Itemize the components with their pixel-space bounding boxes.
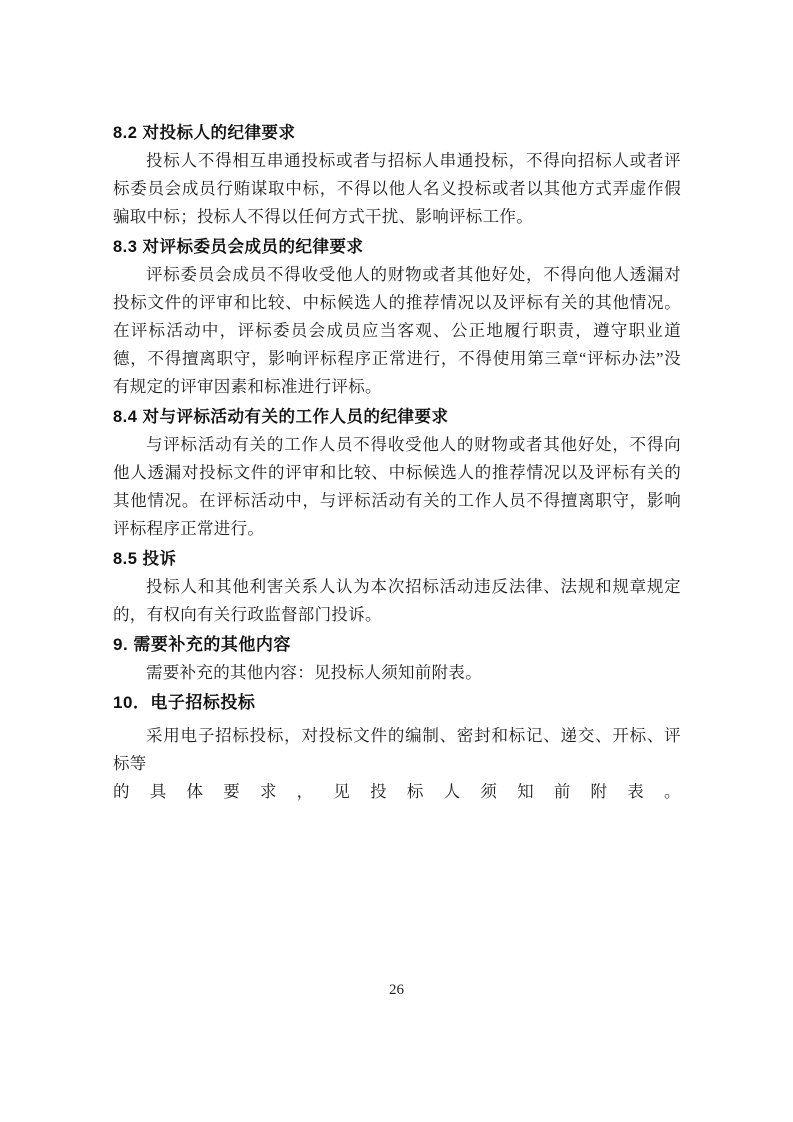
section-9: 9. 需要补充的其他内容 需要补充的其他内容：见投标人须知前附表。 [113,631,681,687]
section-10: 10．电子招标投标 采用电子招标投标，对投标文件的编制、密封和标记、递交、开标、… [113,689,681,806]
section-10-heading: 10．电子招标投标 [113,689,681,717]
section-10-line-1: 采用电子招标投标，对投标文件的编制、密封和标记、递交、开标、评标等 [113,722,681,778]
section-8-4: 8.4 对与评标活动有关的工作人员的纪律要求 与评标活动有关的工作人员不得收受他… [113,403,681,543]
section-8-2-paragraph: 投标人不得相互串通投标或者与招标人串通投标，不得向招标人或者评标委员会成员行贿谋… [113,147,681,231]
section-9-heading: 9. 需要补充的其他内容 [113,631,681,659]
section-10-paragraph: 采用电子招标投标，对投标文件的编制、密封和标记、递交、开标、评标等 的具体要求，… [113,722,681,806]
section-8-2-heading: 8.2 对投标人的纪律要求 [113,119,681,147]
section-8-5-heading: 8.5 投诉 [113,545,681,573]
section-8-4-heading: 8.4 对与评标活动有关的工作人员的纪律要求 [113,403,681,431]
section-9-paragraph: 需要补充的其他内容：见投标人须知前附表。 [113,659,681,687]
section-8-3-heading: 8.3 对评标委员会成员的纪律要求 [113,233,681,261]
section-8-3-paragraph: 评标委员会成员不得收受他人的财物或者其他好处，不得向他人透漏对投标文件的评审和比… [113,261,681,401]
section-8-3: 8.3 对评标委员会成员的纪律要求 评标委员会成员不得收受他人的财物或者其他好处… [113,233,681,401]
section-8-2: 8.2 对投标人的纪律要求 投标人不得相互串通投标或者与招标人串通投标，不得向招… [113,119,681,231]
page-footer: 26 [0,982,793,999]
section-10-line-2-justified: 的具体要求，见投标人须知前附表。 [113,778,681,806]
section-8-4-paragraph: 与评标活动有关的工作人员不得收受他人的财物或者其他好处，不得向他人透漏对投标文件… [113,431,681,543]
section-8-5-paragraph: 投标人和其他利害关系人认为本次招标活动违反法律、法规和规章规定的，有权向有关行政… [113,573,681,629]
document-page: 8.2 对投标人的纪律要求 投标人不得相互串通投标或者与招标人串通投标，不得向招… [0,0,793,1122]
section-8-5: 8.5 投诉 投标人和其他利害关系人认为本次招标活动违反法律、法规和规章规定的，… [113,545,681,629]
page-number: 26 [389,982,404,998]
